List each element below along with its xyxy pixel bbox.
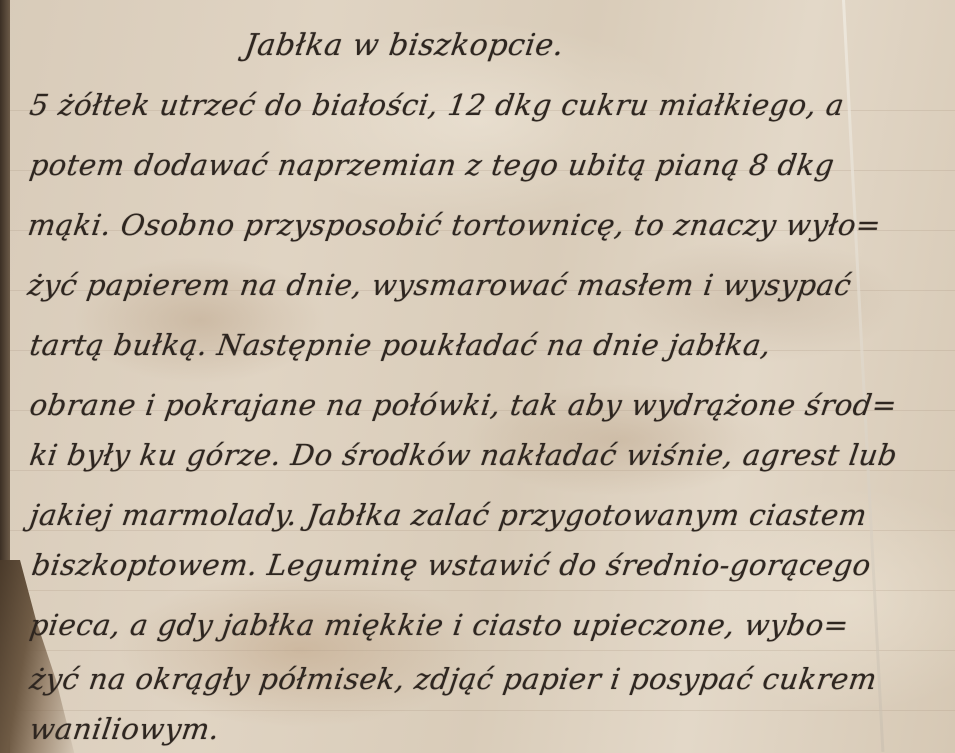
text-line: biszkoptowem. Leguminę wstawić do średni… bbox=[30, 548, 874, 582]
ruled-line bbox=[0, 710, 955, 711]
recipe-page: Jabłka w biszkopcie. 5 żółtek utrzeć do … bbox=[0, 0, 955, 753]
text-line: pieca, a gdy jabłka miękkie i ciasto upi… bbox=[28, 608, 852, 642]
ruled-line bbox=[0, 650, 955, 651]
text-line: obrane i pokrajane na połówki, tak aby w… bbox=[28, 388, 900, 422]
text-line: potem dodawać naprzemian z tego ubitą pi… bbox=[28, 148, 837, 182]
ruled-line bbox=[0, 590, 955, 591]
text-line: tartą bułką. Następnie poukładać na dnie… bbox=[28, 328, 774, 362]
text-line: mąki. Osobno przysposobić tortownicę, to… bbox=[26, 208, 884, 242]
text-line: ki były ku górze. Do środków nakładać wi… bbox=[28, 438, 900, 472]
text-line: waniliowym. bbox=[28, 712, 222, 746]
text-line: żyć papierem na dnie, wysmarować masłem … bbox=[26, 268, 854, 302]
text-line: 5 żółtek utrzeć do białości, 12 dkg cukr… bbox=[28, 88, 847, 122]
paper-fold bbox=[842, 0, 884, 752]
recipe-title: Jabłka w biszkopcie. bbox=[243, 28, 567, 63]
text-line: jakiej marmolady. Jabłka zalać przygotow… bbox=[28, 498, 870, 532]
text-line: żyć na okrągły półmisek, zdjąć papier i … bbox=[28, 662, 880, 696]
